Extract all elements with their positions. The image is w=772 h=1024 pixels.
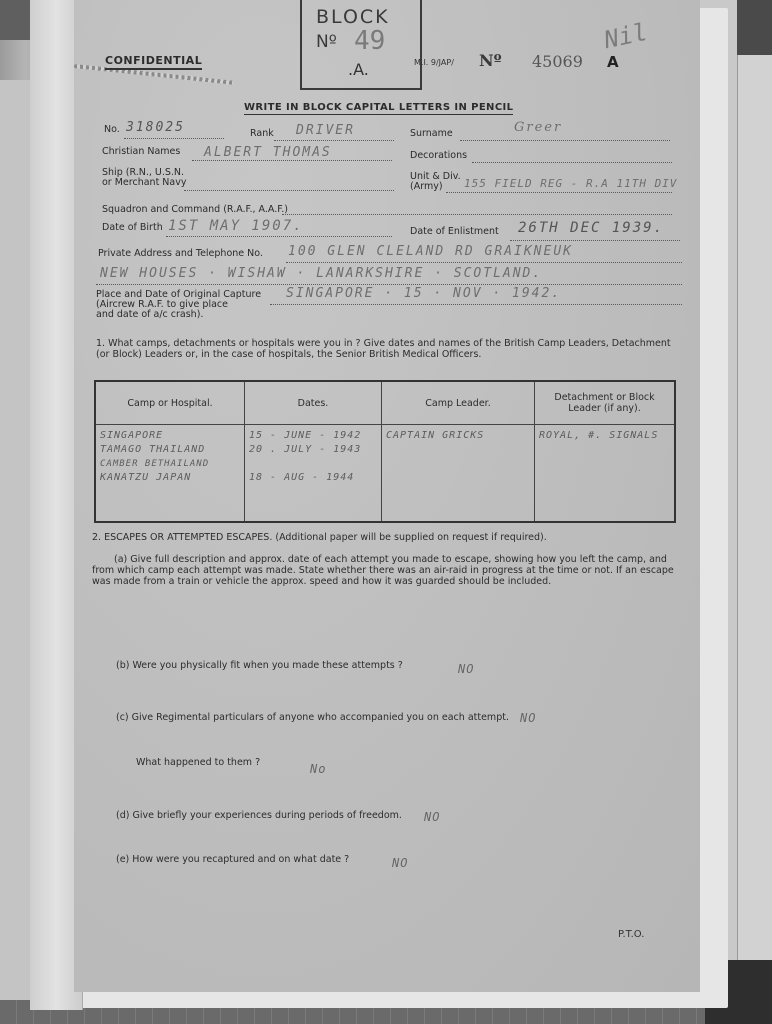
block-leader-column[interactable]: ROYAL, #. SIGNALS (535, 425, 676, 523)
unit-line (446, 192, 672, 193)
header-dates: Dates. (245, 381, 382, 425)
section2-question-a: (a) Give full description and approx. da… (92, 554, 676, 587)
answer-b[interactable]: NO (458, 662, 474, 676)
dates-entry: 18 - AUG - 1944 (249, 471, 377, 485)
background-right-sheet (737, 55, 772, 960)
ship-line (184, 190, 394, 191)
camp-entry: SINGAPORE (100, 429, 240, 443)
capture-label-line3: and date of a/c crash). (96, 309, 203, 320)
camps-table-header: Camp or Hospital. Dates. Camp Leader. De… (95, 381, 675, 425)
form-suffix: A (607, 53, 619, 71)
section2-question-c2: What happened to them ? (136, 757, 260, 768)
block-letter: .A. (348, 60, 369, 79)
christian-names-label: Christian Names (102, 146, 180, 157)
service-number-value[interactable]: 318025 (126, 120, 185, 135)
section2-question-c: (c) Give Regimental particulars of anyon… (116, 712, 509, 723)
background-right-dark (737, 0, 772, 55)
capture-line (270, 304, 682, 305)
enlistment-value[interactable]: 26TH DEC 1939. (518, 220, 664, 236)
camp-entry: TAMAGO THAILAND (100, 443, 240, 457)
address-line-2 (96, 284, 682, 285)
squadron-line (282, 214, 672, 215)
christian-names-value[interactable]: ALBERT THOMAS (204, 145, 332, 160)
section2-question-e: (e) How were you recaptured and on what … (116, 854, 349, 865)
section2-question-b: (b) Were you physically fit when you mad… (116, 660, 403, 671)
rank-value[interactable]: DRIVER (296, 123, 355, 138)
header-camp: Camp or Hospital. (95, 381, 245, 425)
mi9-reference: M.I. 9/JAP/ (414, 58, 454, 67)
camp-entry: KANATZU JAPAN (100, 471, 240, 485)
rank-label: Rank (250, 128, 274, 139)
ship-label: Ship (R.N., U.S.N. or Merchant Navy (102, 168, 186, 188)
address-line-1 (286, 262, 682, 263)
block-no-label: Nº (316, 32, 337, 52)
camps-table: Camp or Hospital. Dates. Camp Leader. De… (94, 380, 676, 523)
ship-label-line2: or Merchant Navy (102, 177, 186, 188)
answer-c2[interactable]: No (310, 762, 326, 776)
dates-entry: 15 - JUNE - 1942 (249, 429, 377, 443)
christian-names-line (192, 160, 392, 161)
camp-entry: CAMBER BETHAILAND (100, 457, 240, 471)
unit-value[interactable]: 155 FIELD REG - R.A 11TH DIV (464, 177, 677, 190)
camps-table-body: SINGAPORE TAMAGO THAILAND CAMBER BETHAIL… (95, 425, 675, 523)
instruction-heading: WRITE IN BLOCK CAPITAL LETTERS IN PENCIL (244, 102, 513, 115)
confidential-label: CONFIDENTIAL (105, 54, 202, 70)
surname-line (460, 140, 670, 141)
dates-column[interactable]: 15 - JUNE - 1942 20 . JULY - 1943 18 - A… (245, 425, 382, 523)
dob-value[interactable]: 1ST MAY 1907. (168, 218, 304, 234)
capture-value[interactable]: SINGAPORE · 15 · NOV · 1942. (286, 286, 561, 301)
block-leader-entry: ROYAL, #. SIGNALS (539, 429, 670, 443)
dates-entry (249, 457, 377, 471)
surname-label: Surname (410, 128, 453, 139)
header-block-leader: Detachment or Block Leader (if any). (535, 381, 676, 425)
enlistment-line (510, 240, 680, 241)
address-label: Private Address and Telephone No. (98, 248, 263, 259)
service-number-line (124, 138, 224, 139)
block-number-box: BLOCK Nº 49 .A. (300, 0, 422, 90)
please-turn-over: P.T.O. (618, 929, 644, 940)
answer-d[interactable]: NO (424, 810, 440, 824)
nil-annotation: Nil (602, 18, 650, 54)
section2-question-d: (d) Give briefly your experiences during… (116, 810, 402, 821)
address-value-line2[interactable]: NEW HOUSES · WISHAW · LANARKSHIRE · SCOT… (100, 266, 542, 281)
block-number: 49 (354, 26, 385, 56)
address-value-line1[interactable]: 100 GLEN CLELAND RD GRAIKNEUK (288, 244, 573, 259)
form-no-label: Nº (479, 51, 502, 70)
block-title: BLOCK (316, 6, 390, 28)
service-number-label: No. (104, 124, 120, 135)
squadron-label: Squadron and Command (R.A.F., A.A.F.) (102, 204, 288, 215)
capture-label: Place and Date of Original Capture (Airc… (96, 290, 261, 320)
dob-label: Date of Birth (102, 222, 163, 233)
header-camp-leader: Camp Leader. (382, 381, 535, 425)
decorations-label: Decorations (410, 150, 467, 161)
section1-question: 1. What camps, detachments or hospitals … (96, 338, 680, 360)
camp-column[interactable]: SINGAPORE TAMAGO THAILAND CAMBER BETHAIL… (95, 425, 245, 523)
rank-line (274, 140, 394, 141)
form-number: 45069 (532, 52, 583, 71)
section2-title: 2. ESCAPES OR ATTEMPTED ESCAPES. (Additi… (92, 532, 547, 543)
camp-leader-column[interactable]: CAPTAIN GRICKS (382, 425, 535, 523)
pow-questionnaire-form: CONFIDENTIAL BLOCK Nº 49 .A. M.I. 9/JAP/… (74, 0, 700, 992)
enlistment-label: Date of Enlistment (410, 226, 499, 237)
unit-label: Unit & Div. (Army) (410, 172, 461, 192)
answer-c[interactable]: NO (520, 711, 536, 725)
unit-label-line2: (Army) (410, 181, 443, 192)
answer-e[interactable]: NO (392, 856, 408, 870)
dob-line (166, 236, 392, 237)
decorations-line (472, 162, 672, 163)
dates-entry: 20 . JULY - 1943 (249, 443, 377, 457)
camp-leader-entry: CAPTAIN GRICKS (386, 429, 530, 443)
surname-value[interactable]: Greer (514, 120, 562, 135)
